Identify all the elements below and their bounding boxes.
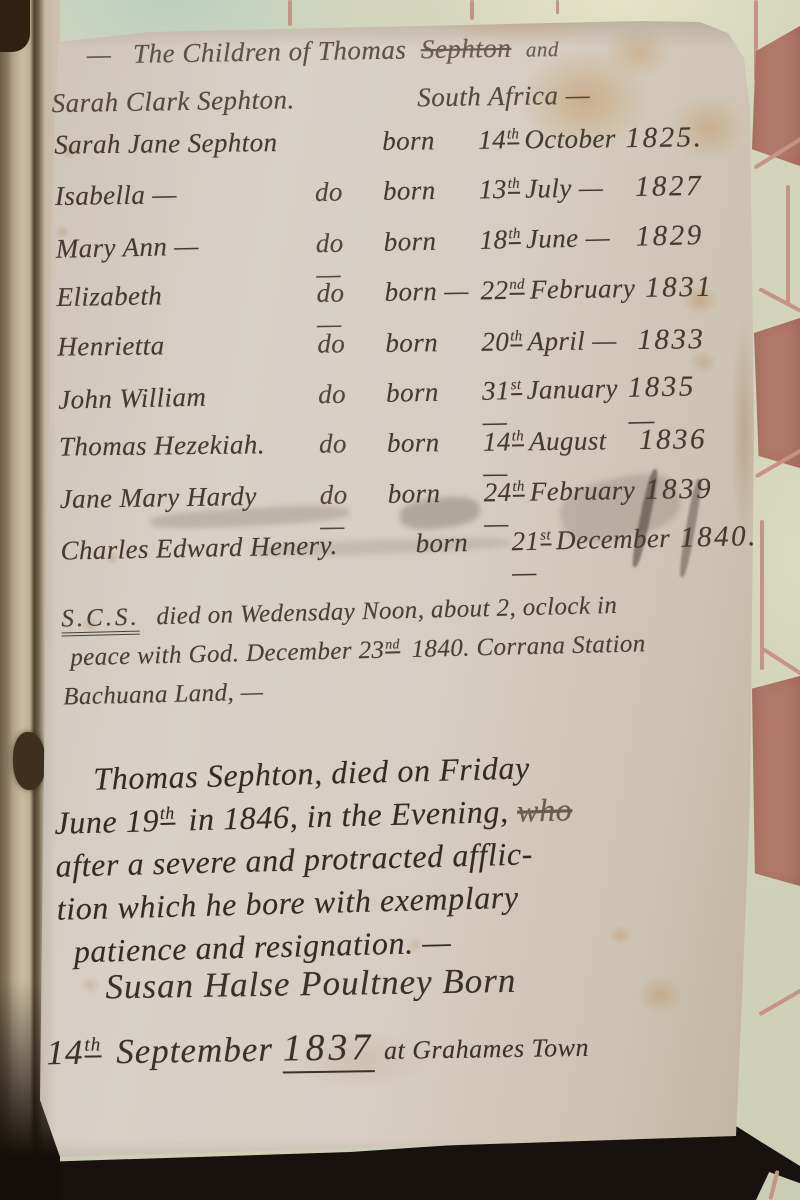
entry-name: John William — [58, 379, 309, 415]
entry-day: 22 — [480, 275, 508, 305]
entry-year: 1827 — [635, 170, 704, 204]
susan-month: September — [116, 1030, 273, 1071]
entry-born-label: born — [383, 175, 469, 207]
entry-month: July — — [525, 173, 604, 204]
entry-day: 14 — [483, 427, 511, 457]
entry-year: 1831 — [645, 271, 714, 305]
entry-ditto — [348, 553, 406, 554]
register-entry-row: Sarah Jane Sephton born 14thOctober 1825… — [54, 121, 703, 179]
heading-and: and — [526, 37, 559, 62]
susan-note-line: 14th September 1837 at Grahames Town — [46, 1022, 589, 1075]
entry-year: 1833 — [637, 323, 705, 357]
ordinal-suffix: th — [508, 176, 521, 194]
entry-name: Thomas Hezekiah. — [59, 429, 309, 463]
ordinal-suffix: th — [510, 328, 523, 346]
entry-born-label: born — [387, 427, 473, 459]
susan-note-text: Susan Halse Poultney Born — [105, 961, 516, 1006]
entry-month: June — — [526, 222, 611, 254]
entry-day: 31 — [482, 375, 510, 406]
entry-month: February — [530, 273, 636, 305]
entry-month: October — [524, 123, 616, 154]
entry-born-label: born — [382, 125, 468, 157]
entry-date: 14thAugust — — [483, 425, 630, 489]
ordinal-suffix: st — [540, 528, 551, 546]
ordinal-suffix: th — [160, 803, 175, 825]
underlined-year: 1837 — [282, 1026, 374, 1073]
entry-ditto: do — — [315, 227, 374, 290]
entry-born-label: born — [385, 326, 471, 358]
thomas-death-note: Thomas Sephton, died on Friday June 19th… — [53, 745, 576, 973]
register-subheading: Sarah Clark Sephton. South Africa — — [51, 80, 590, 119]
susan-day: 14 — [46, 1033, 84, 1073]
scs-note-text: died on Wedensday Noon, about 2, oclock … — [156, 592, 617, 630]
entry-day: 21 — [511, 526, 539, 557]
entry-year: 1836 — [639, 424, 707, 458]
entry-name: Jane Mary Hardy — [60, 480, 310, 515]
entry-ditto: do — [318, 378, 377, 410]
entry-month: April — — [527, 325, 616, 356]
register-entry-row: Thomas Hezekiah. do born 14thAugust — 18… — [59, 424, 708, 482]
entry-day: 14 — [478, 124, 506, 154]
ordinal-suffix: th — [84, 1035, 101, 1058]
entry-born-label: born — [415, 527, 502, 560]
entry-date: 21stDecember — — [511, 523, 671, 588]
susan-note-line: Susan Halse Poultney Born — [105, 961, 517, 1007]
scs-note-text: Bachuana Land, — — [63, 679, 264, 711]
scs-death-note: S.C.S. died on Wedensday Noon, about 2, … — [61, 585, 647, 716]
entry-ditto: do — [317, 328, 375, 360]
entry-date: 20thApril — — [481, 325, 627, 358]
entry-born-label: born — [388, 477, 474, 509]
entry-year: 1825. — [625, 121, 703, 155]
entry-ditto: do — [315, 176, 373, 208]
heading-dash: — — [87, 39, 112, 69]
entry-name: Henrietta — [57, 328, 307, 362]
entry-name: Isabella — — [55, 177, 305, 212]
entry-name: Sarah Jane Sephton — [54, 127, 304, 161]
entry-day: 13 — [479, 174, 507, 204]
entry-date: 22ndFebruary — [480, 273, 635, 306]
entry-day: 18 — [479, 224, 507, 255]
entry-date: 18thJune — — [479, 222, 626, 256]
thomas-note-text: June 19 — [54, 802, 160, 841]
spacer — [302, 106, 410, 108]
scs-note-text: 1840. Corrana Station — [411, 630, 646, 663]
entry-date: 14thOctober — [478, 123, 616, 156]
register-heading: — The Children of Thomas Sephton and — [87, 32, 559, 70]
entry-name: Elizabeth — [56, 278, 306, 313]
ordinal-suffix: th — [508, 226, 521, 244]
ordinal-suffix: nd — [509, 277, 525, 295]
region-label: South Africa — — [417, 80, 590, 113]
thomas-note-text: in 1846, in the Evening, — [188, 793, 509, 837]
handwriting-layer: — The Children of Thomas Sephton and Sar… — [0, 0, 800, 1200]
entry-ditto — [314, 150, 372, 151]
entry-date: 13thJuly — — [479, 172, 625, 205]
entry-born-label: born — [386, 376, 473, 409]
entry-ditto: do — [319, 428, 377, 460]
photo-of-register-page: — The Children of Thomas Sephton and Sar… — [0, 0, 800, 1200]
entry-born-label: born — — [384, 276, 470, 308]
scs-note-text: peace with God. December 23 — [70, 637, 385, 672]
entry-year: 1840. — [680, 520, 758, 555]
thomas-note-text: Thomas Sephton, died on Friday — [93, 749, 530, 796]
ordinal-suffix: nd — [385, 636, 400, 653]
entry-name: Mary Ann — — [55, 228, 306, 264]
struck-word: who — [517, 791, 573, 828]
entry-year: 1839 — [645, 472, 714, 506]
register-rows: Sarah Jane Sephton born 14thOctober 1825… — [54, 120, 709, 584]
entry-name: Charles Edward Henery. — [60, 530, 338, 567]
entry-born-label: born — [383, 225, 470, 258]
ordinal-suffix: th — [507, 126, 520, 144]
struck-surname: Sephton — [421, 33, 512, 64]
entry-year: 1829 — [635, 219, 704, 253]
ordinal-suffix: st — [511, 377, 522, 395]
heading-text: The Children of Thomas — [133, 34, 407, 68]
mother-name: Sarah Clark Sephton. — [51, 84, 295, 118]
entry-day: 20 — [481, 326, 509, 356]
scs-initials: S.C.S. — [61, 604, 140, 637]
ordinal-suffix: th — [512, 429, 525, 447]
susan-place: at Grahames Town — [384, 1033, 589, 1065]
